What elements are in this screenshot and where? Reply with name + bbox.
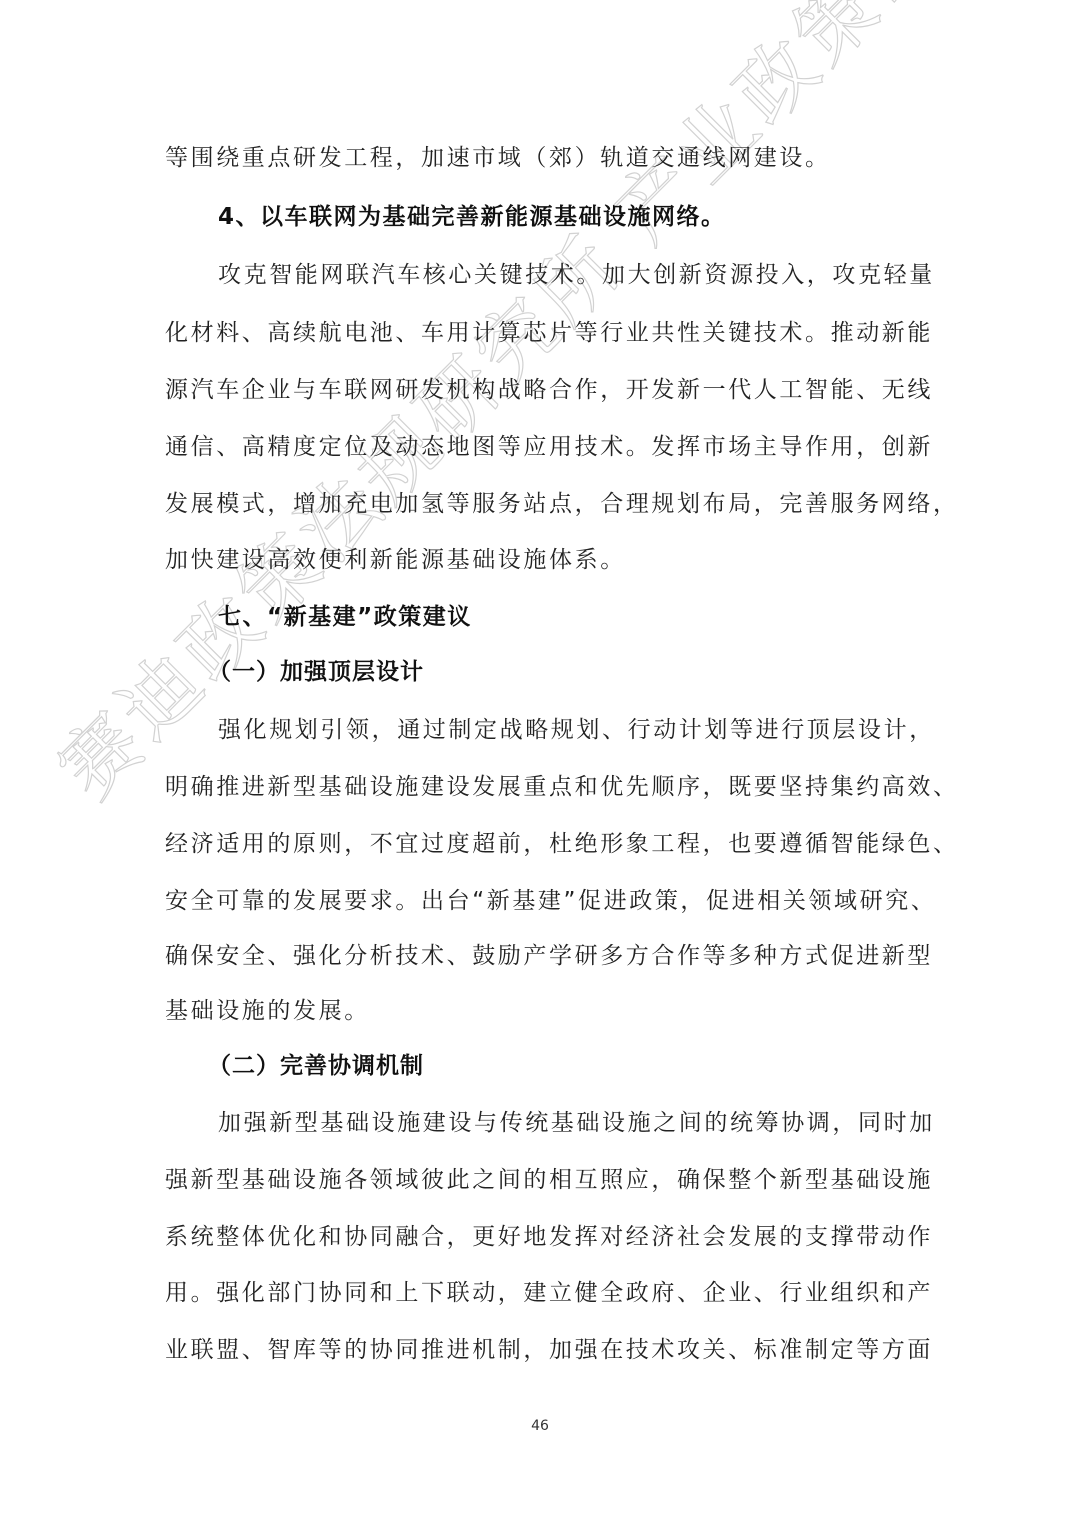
- body-line: 系统整体优化和协同融合，更好地发挥对经济社会发展的支撑带动作: [165, 1222, 945, 1252]
- section-heading-4: 4、以车联网为基础完善新能源基础设施网络。: [218, 202, 998, 232]
- body-line: 通信、高精度定位及动态地图等应用技术。发挥市场主导作用，创新: [165, 432, 945, 462]
- chapter-heading: 七、“新基建”政策建议: [218, 602, 998, 632]
- body-line: 安全可靠的发展要求。出台“新基建”促进政策，促进相关领域研究、: [165, 886, 945, 916]
- body-line: 强新型基础设施各领域彼此之间的相互照应，确保整个新型基础设施: [165, 1165, 945, 1195]
- sub-heading-2: （二）完善协调机制: [208, 1051, 988, 1081]
- body-line: 业联盟、智库等的协同推进机制，加强在技术攻关、标准制定等方面: [165, 1335, 945, 1365]
- body-line: 化材料、高续航电池、车用计算芯片等行业共性关键技术。推动新能: [165, 318, 945, 348]
- body-line: 基础设施的发展。: [165, 996, 945, 1026]
- body-line: 经济适用的原则，不宜过度超前，杜绝形象工程，也要遵循智能绿色、: [165, 829, 945, 859]
- body-line: 发展模式，增加充电加氢等服务站点，合理规划布局，完善服务网络，: [165, 489, 945, 519]
- body-line: 确保安全、强化分析技术、鼓励产学研多方合作等多种方式促进新型: [165, 941, 945, 971]
- document-page: 赛迪政策法规研究所 产业政策研究所 等围绕重点研发工程，加速市域（郊）轨道交通线…: [0, 0, 1080, 1527]
- body-line: 源汽车企业与车联网研发机构战略合作，开发新一代人工智能、无线: [165, 375, 945, 405]
- body-line: 明确推进新型基础设施建设发展重点和优先顺序，既要坚持集约高效、: [165, 772, 945, 802]
- body-line: 加强新型基础设施建设与传统基础设施之间的统筹协调，同时加: [218, 1108, 998, 1138]
- body-line: 攻克智能网联汽车核心关键技术。加大创新资源投入，攻克轻量: [218, 260, 998, 290]
- body-line: 加快建设高效便利新能源基础设施体系。: [165, 545, 945, 575]
- body-line: 等围绕重点研发工程，加速市域（郊）轨道交通线网建设。: [165, 143, 945, 173]
- sub-heading-1: （一）加强顶层设计: [208, 657, 988, 687]
- watermark: 赛迪政策法规研究所 产业政策研究所: [30, 0, 1080, 819]
- page-number: 46: [0, 1418, 1080, 1434]
- body-line: 强化规划引领，通过制定战略规划、行动计划等进行顶层设计，: [218, 715, 998, 745]
- body-line: 用。强化部门协同和上下联动，建立健全政府、企业、行业组织和产: [165, 1278, 945, 1308]
